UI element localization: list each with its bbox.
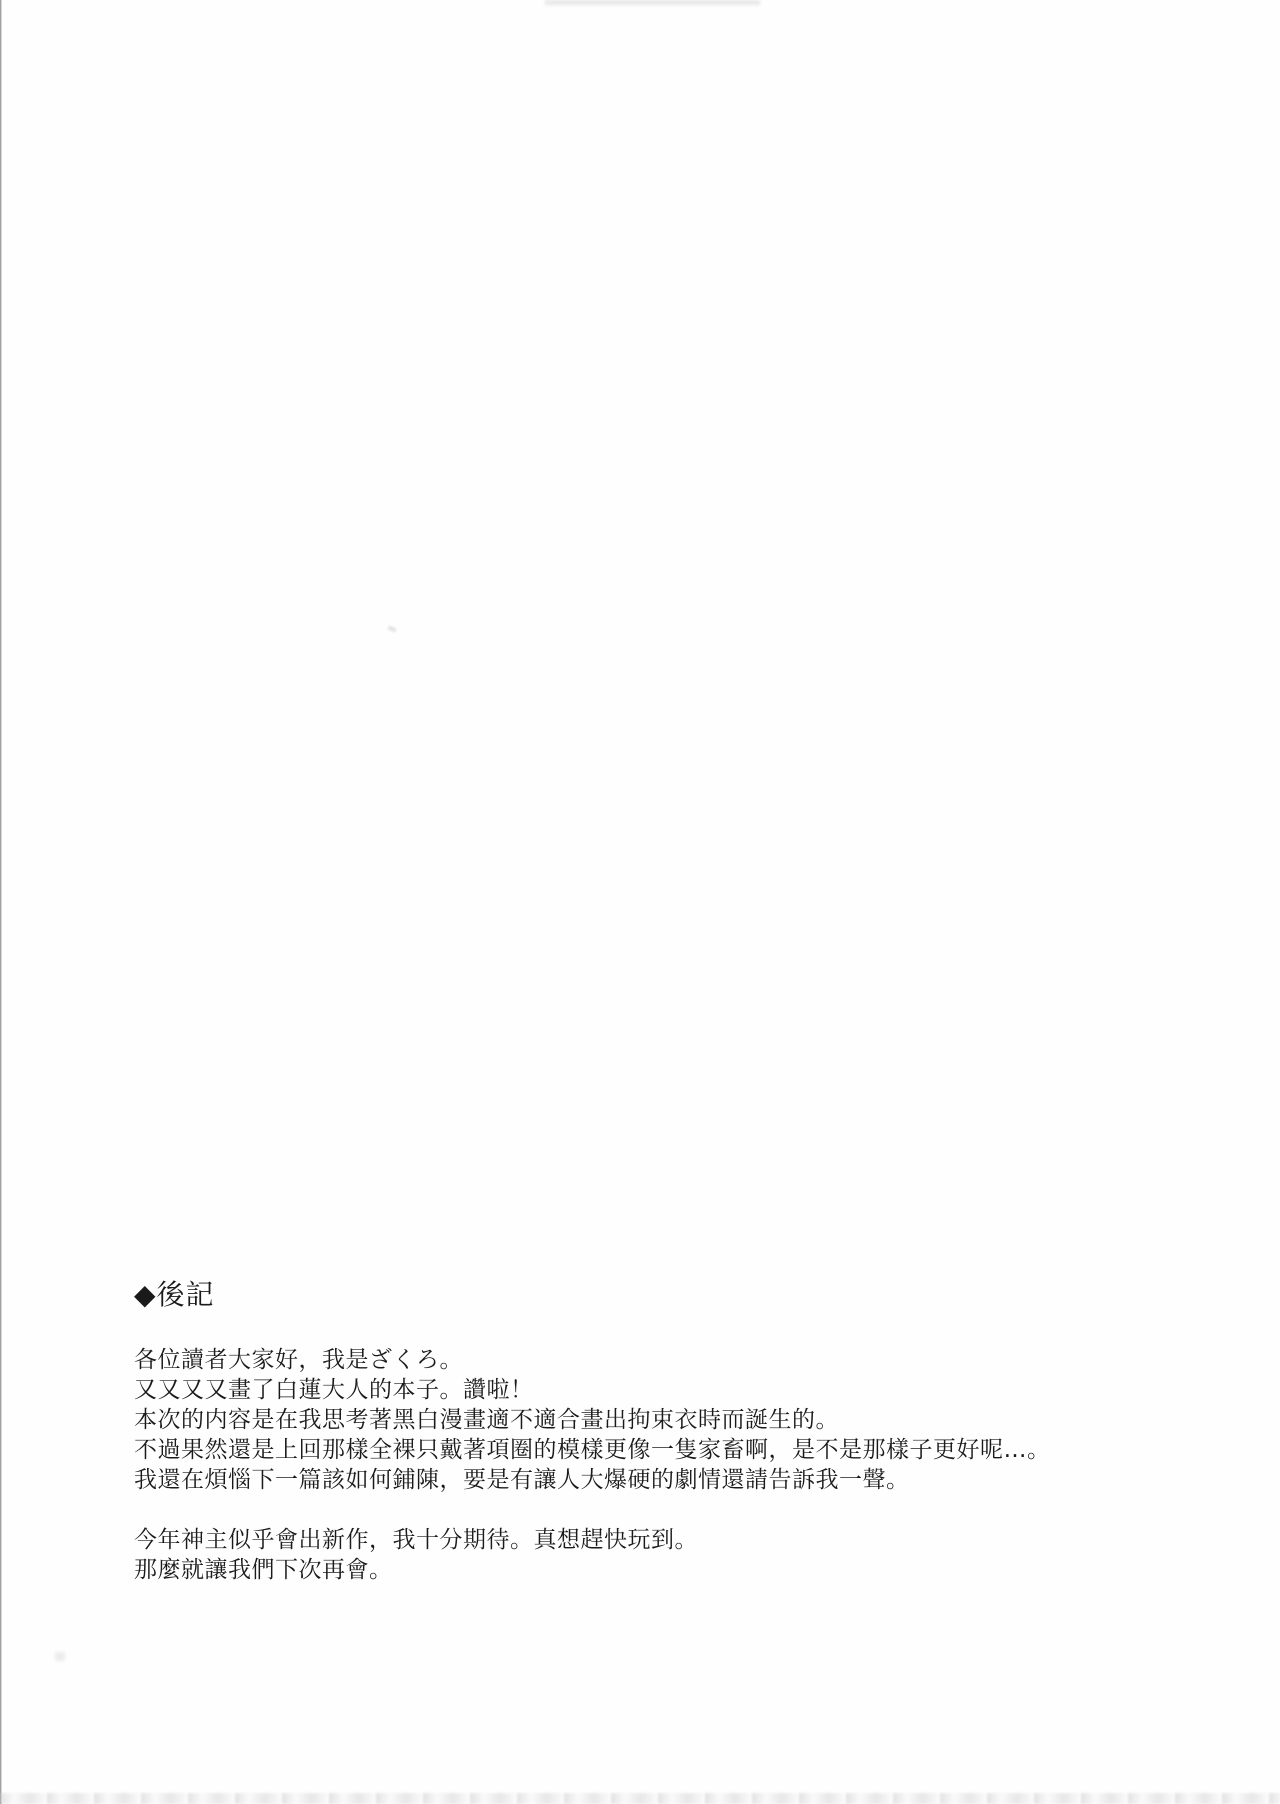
afterword-heading: ◆後記 — [134, 1279, 1051, 1311]
scan-smudge-top — [545, 0, 760, 5]
scan-edge-left — [0, 0, 2, 1804]
afterword-body: 各位讀者大家好，我是ざくろ。 又又又又畫了白蓮大人的本子。讚啦！ 本次的内容是在… — [134, 1345, 1051, 1585]
scan-speck — [55, 1652, 65, 1661]
afterword-line: 又又又又畫了白蓮大人的本子。讚啦！ — [134, 1375, 1051, 1405]
afterword-line: 今年神主似乎會出新作，我十分期待。真想趕快玩到。 — [134, 1525, 1051, 1555]
afterword-line: 本次的内容是在我思考著黑白漫畫適不適合畫出拘束衣時而誕生的。 — [134, 1405, 1051, 1435]
afterword-line: 各位讀者大家好，我是ざくろ。 — [134, 1345, 1051, 1375]
scan-speck — [388, 625, 397, 632]
afterword-section: ◆後記 各位讀者大家好，我是ざくろ。 又又又又畫了白蓮大人的本子。讚啦！ 本次的… — [134, 1279, 1051, 1585]
paragraph-gap — [134, 1495, 1051, 1525]
afterword-line: 不過果然還是上回那樣全裸只戴著項圈的模樣更像一隻家畜啊，是不是那樣子更好呢…。 — [134, 1435, 1051, 1465]
scan-edge-bottom — [0, 1793, 1280, 1804]
afterword-line: 那麼就讓我們下次再會。 — [134, 1555, 1051, 1585]
scanned-afterword-page: ◆後記 各位讀者大家好，我是ざくろ。 又又又又畫了白蓮大人的本子。讚啦！ 本次的… — [0, 0, 1280, 1804]
afterword-line: 我還在煩惱下一篇該如何鋪陳，要是有讓人大爆硬的劇情還請告訴我一聲。 — [134, 1465, 1051, 1495]
